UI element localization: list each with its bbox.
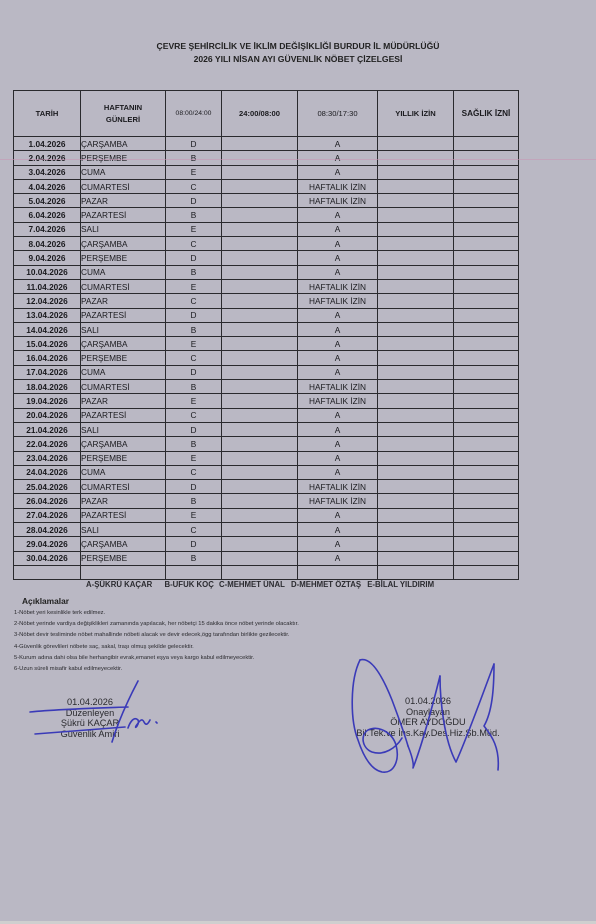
- shift-office-cell: A: [298, 308, 378, 322]
- annual-leave-cell: [378, 380, 454, 394]
- table-row: 7.04.2026SALIEA: [14, 222, 519, 236]
- shift-office-cell: A: [298, 208, 378, 222]
- shift-night-cell: [222, 380, 298, 394]
- note-item: 4-Güvenlik görevlileri nöbete saç, sakal…: [14, 642, 299, 653]
- note-item: 5-Kurum adına dahi olsa bile herhangibir…: [14, 653, 299, 664]
- shift-night-cell: [222, 179, 298, 193]
- sick-leave-cell: [454, 480, 519, 494]
- shift-office-cell: A: [298, 365, 378, 379]
- sick-leave-cell: [454, 208, 519, 222]
- legend-e: E-BİLAL YILDIRIM: [367, 580, 434, 589]
- shift-night-cell: [222, 537, 298, 551]
- weekday-cell: PAZARTESİ: [81, 308, 166, 322]
- shift-office-cell: A: [298, 351, 378, 365]
- table-row: 25.04.2026CUMARTESİDHAFTALIK İZİN: [14, 480, 519, 494]
- shift-day-cell: B: [166, 151, 222, 165]
- shift-night-cell: [222, 523, 298, 537]
- weekday-cell: PERŞEMBE: [81, 451, 166, 465]
- shift-night-cell: [222, 237, 298, 251]
- shift-office-cell: A: [298, 408, 378, 422]
- date-cell: 27.04.2026: [14, 508, 81, 522]
- sick-leave-cell: [454, 465, 519, 479]
- table-row: 23.04.2026PERŞEMBEEA: [14, 451, 519, 465]
- annual-leave-cell: [378, 408, 454, 422]
- sick-leave-cell: [454, 351, 519, 365]
- date-cell: 4.04.2026: [14, 179, 81, 193]
- approved-name: ÖMER AYDOĞDU: [348, 717, 508, 728]
- shift-day-cell: D: [166, 422, 222, 436]
- date-cell: 1.04.2026: [14, 137, 81, 151]
- table-row: 4.04.2026CUMARTESİCHAFTALIK İZİN: [14, 179, 519, 193]
- shift-day-cell: E: [166, 508, 222, 522]
- header-weekday: HAFTANIN GÜNLERİ: [81, 91, 166, 137]
- shift-night-cell: [222, 508, 298, 522]
- shift-day-cell: E: [166, 451, 222, 465]
- notes-list: 1-Nöbet yeri kesinlikle terk edilmez. 2-…: [14, 608, 299, 675]
- shift-day-cell: D: [166, 308, 222, 322]
- annual-leave-cell: [378, 351, 454, 365]
- sick-leave-cell: [454, 279, 519, 293]
- shift-office-cell: HAFTALIK İZİN: [298, 194, 378, 208]
- shift-office-cell: HAFTALIK İZİN: [298, 480, 378, 494]
- weekday-cell: CUMARTESİ: [81, 480, 166, 494]
- table-row: 11.04.2026CUMARTESİEHAFTALIK İZİN: [14, 279, 519, 293]
- sick-leave-cell: [454, 380, 519, 394]
- date-cell: 11.04.2026: [14, 279, 81, 293]
- table-row: 15.04.2026ÇARŞAMBAEA: [14, 337, 519, 351]
- shift-day-cell: C: [166, 179, 222, 193]
- shift-night-cell: [222, 165, 298, 179]
- sick-leave-cell: [454, 422, 519, 436]
- shift-day-cell: B: [166, 322, 222, 336]
- approved-date: 01.04.2026: [348, 696, 508, 707]
- annual-leave-cell: [378, 151, 454, 165]
- shift-office-cell: HAFTALIK İZİN: [298, 294, 378, 308]
- shift-day-cell: C: [166, 351, 222, 365]
- shift-day-cell: D: [166, 137, 222, 151]
- sick-leave-cell: [454, 165, 519, 179]
- annual-leave-cell: [378, 451, 454, 465]
- annual-leave-cell: [378, 165, 454, 179]
- shift-office-cell: A: [298, 265, 378, 279]
- date-cell: 6.04.2026: [14, 208, 81, 222]
- weekday-cell: ÇARŞAMBA: [81, 537, 166, 551]
- shift-office-cell: A: [298, 523, 378, 537]
- shift-night-cell: [222, 408, 298, 422]
- table-row: 14.04.2026SALIBA: [14, 322, 519, 336]
- table-row: 21.04.2026SALIDA: [14, 422, 519, 436]
- shift-day-cell: C: [166, 237, 222, 251]
- table-row: 29.04.2026ÇARŞAMBADA: [14, 537, 519, 551]
- table-row: 19.04.2026PAZAREHAFTALIK İZİN: [14, 394, 519, 408]
- table-row: 10.04.2026CUMABA: [14, 265, 519, 279]
- weekday-cell: SALI: [81, 523, 166, 537]
- table-row: 8.04.2026ÇARŞAMBACA: [14, 237, 519, 251]
- date-cell: 2.04.2026: [14, 151, 81, 165]
- shift-night-cell: [222, 337, 298, 351]
- sick-leave-cell: [454, 494, 519, 508]
- date-cell: [14, 565, 81, 579]
- sick-leave-cell: [454, 322, 519, 336]
- shift-day-cell: C: [166, 294, 222, 308]
- header-date: TARİH: [14, 91, 81, 137]
- sick-leave-cell: [454, 265, 519, 279]
- shift-night-cell: [222, 279, 298, 293]
- shift-night-cell: [222, 351, 298, 365]
- weekday-cell: SALI: [81, 222, 166, 236]
- sick-leave-cell: [454, 408, 519, 422]
- weekday-cell: CUMA: [81, 165, 166, 179]
- weekday-cell: ÇARŞAMBA: [81, 437, 166, 451]
- table-row: 12.04.2026PAZARCHAFTALIK İZİN: [14, 294, 519, 308]
- annual-leave-cell: [378, 194, 454, 208]
- annual-leave-cell: [378, 179, 454, 193]
- prepared-name: Şükrü KAÇAR: [40, 718, 140, 729]
- shift-night-cell: [222, 194, 298, 208]
- prepared-role: Düzenleyen: [40, 708, 140, 719]
- shift-night-cell: [222, 308, 298, 322]
- date-cell: 17.04.2026: [14, 365, 81, 379]
- annual-leave-cell: [378, 494, 454, 508]
- notes-title: Açıklamalar: [22, 596, 69, 606]
- shift-day-cell: E: [166, 394, 222, 408]
- sick-leave-cell: [454, 151, 519, 165]
- table-row: 28.04.2026SALICA: [14, 523, 519, 537]
- shift-office-cell: A: [298, 151, 378, 165]
- shift-day-cell: D: [166, 194, 222, 208]
- weekday-cell: PERŞEMBE: [81, 351, 166, 365]
- date-cell: 26.04.2026: [14, 494, 81, 508]
- sick-leave-cell: [454, 365, 519, 379]
- date-cell: 14.04.2026: [14, 322, 81, 336]
- shift-day-cell: C: [166, 523, 222, 537]
- date-cell: 9.04.2026: [14, 251, 81, 265]
- annual-leave-cell: [378, 565, 454, 579]
- annual-leave-cell: [378, 337, 454, 351]
- note-item: 3-Nöbet devir tesliminde nöbet mahallind…: [14, 630, 299, 641]
- annual-leave-cell: [378, 523, 454, 537]
- sick-leave-cell: [454, 508, 519, 522]
- shift-day-cell: [166, 565, 222, 579]
- shift-office-cell: A: [298, 422, 378, 436]
- weekday-cell: PAZAR: [81, 494, 166, 508]
- date-cell: 23.04.2026: [14, 451, 81, 465]
- sick-leave-cell: [454, 437, 519, 451]
- table-row: 27.04.2026PAZARTESİEA: [14, 508, 519, 522]
- annual-leave-cell: [378, 322, 454, 336]
- shift-office-cell: HAFTALIK İZİN: [298, 179, 378, 193]
- shift-day-cell: C: [166, 465, 222, 479]
- shift-night-cell: [222, 151, 298, 165]
- table-row: 3.04.2026CUMAEA: [14, 165, 519, 179]
- weekday-cell: PAZARTESİ: [81, 508, 166, 522]
- shift-day-cell: B: [166, 208, 222, 222]
- table-row: 5.04.2026PAZARDHAFTALIK İZİN: [14, 194, 519, 208]
- header-sick-leave: SAĞLIK İZNİ: [454, 91, 519, 137]
- sick-leave-cell: [454, 222, 519, 236]
- approved-title: Bil.Tek.ve İns.Kay.Des.Hiz.Şb.Müd.: [348, 728, 508, 739]
- shift-office-cell: A: [298, 137, 378, 151]
- weekday-cell: PERŞEMBE: [81, 551, 166, 565]
- date-cell: 25.04.2026: [14, 480, 81, 494]
- annual-leave-cell: [378, 394, 454, 408]
- shift-day-cell: D: [166, 365, 222, 379]
- sick-leave-cell: [454, 551, 519, 565]
- signature-block-prepared: 01.04.2026 Düzenleyen Şükrü KAÇAR Güvenl…: [40, 697, 140, 739]
- date-cell: 8.04.2026: [14, 237, 81, 251]
- shift-day-cell: B: [166, 380, 222, 394]
- shift-night-cell: [222, 494, 298, 508]
- shift-office-cell: A: [298, 537, 378, 551]
- shift-day-cell: E: [166, 279, 222, 293]
- annual-leave-cell: [378, 480, 454, 494]
- weekday-cell: CUMA: [81, 465, 166, 479]
- weekday-cell: PAZAR: [81, 394, 166, 408]
- annual-leave-cell: [378, 251, 454, 265]
- shift-night-cell: [222, 465, 298, 479]
- shift-office-cell: A: [298, 451, 378, 465]
- note-item: 2-Nöbet yerinde vardiya değişiklikleri z…: [14, 619, 299, 630]
- sick-leave-cell: [454, 308, 519, 322]
- weekday-cell: PAZARTESİ: [81, 408, 166, 422]
- annual-leave-cell: [378, 208, 454, 222]
- table-row: 9.04.2026PERŞEMBEDA: [14, 251, 519, 265]
- shift-day-cell: B: [166, 551, 222, 565]
- shift-day-cell: E: [166, 337, 222, 351]
- date-cell: 19.04.2026: [14, 394, 81, 408]
- sick-leave-cell: [454, 237, 519, 251]
- title-line-2: 2026 YILI NİSAN AYI GÜVENLİK NÖBET ÇİZEL…: [0, 53, 596, 66]
- shift-night-cell: [222, 565, 298, 579]
- shift-night-cell: [222, 251, 298, 265]
- table-row: 22.04.2026ÇARŞAMBABA: [14, 437, 519, 451]
- annual-leave-cell: [378, 437, 454, 451]
- note-item: 1-Nöbet yeri kesinlikle terk edilmez.: [14, 608, 299, 619]
- shift-night-cell: [222, 208, 298, 222]
- shift-office-cell: A: [298, 437, 378, 451]
- table-row: 1.04.2026ÇARŞAMBADA: [14, 137, 519, 151]
- shift-office-cell: A: [298, 465, 378, 479]
- sick-leave-cell: [454, 565, 519, 579]
- shift-office-cell: A: [298, 251, 378, 265]
- weekday-cell: PAZAR: [81, 194, 166, 208]
- header-shift-office: 08:30/17:30: [298, 91, 378, 137]
- weekday-cell: PERŞEMBE: [81, 151, 166, 165]
- date-cell: 29.04.2026: [14, 537, 81, 551]
- date-cell: 12.04.2026: [14, 294, 81, 308]
- header-shift-day: 08:00/24:00: [166, 91, 222, 137]
- annual-leave-cell: [378, 294, 454, 308]
- table-body: 1.04.2026ÇARŞAMBADA2.04.2026PERŞEMBEBA3.…: [14, 137, 519, 580]
- shift-night-cell: [222, 265, 298, 279]
- table-row: 20.04.2026PAZARTESİCA: [14, 408, 519, 422]
- shift-office-cell: HAFTALIK İZİN: [298, 394, 378, 408]
- duty-roster-table: TARİH HAFTANIN GÜNLERİ 08:00/24:00 24:00…: [13, 90, 519, 580]
- weekday-cell: SALI: [81, 422, 166, 436]
- shift-night-cell: [222, 222, 298, 236]
- shift-day-cell: C: [166, 408, 222, 422]
- shift-night-cell: [222, 437, 298, 451]
- date-cell: 21.04.2026: [14, 422, 81, 436]
- sick-leave-cell: [454, 537, 519, 551]
- annual-leave-cell: [378, 308, 454, 322]
- shift-office-cell: [298, 565, 378, 579]
- date-cell: 20.04.2026: [14, 408, 81, 422]
- date-cell: 15.04.2026: [14, 337, 81, 351]
- shift-day-cell: D: [166, 537, 222, 551]
- shift-office-cell: HAFTALIK İZİN: [298, 494, 378, 508]
- shift-office-cell: A: [298, 551, 378, 565]
- signature-block-approved: 01.04.2026 Onaylayan ÖMER AYDOĞDU Bil.Te…: [348, 696, 508, 738]
- annual-leave-cell: [378, 237, 454, 251]
- scan-artifact-line: [0, 159, 596, 160]
- annual-leave-cell: [378, 279, 454, 293]
- shift-office-cell: A: [298, 222, 378, 236]
- table-row: 16.04.2026PERŞEMBECA: [14, 351, 519, 365]
- shift-day-cell: B: [166, 265, 222, 279]
- weekday-cell: CUMARTESİ: [81, 179, 166, 193]
- weekday-cell: PERŞEMBE: [81, 251, 166, 265]
- date-cell: 24.04.2026: [14, 465, 81, 479]
- legend-a: A-ŞÜKRÜ KAÇAR: [86, 580, 152, 589]
- shift-night-cell: [222, 322, 298, 336]
- shift-night-cell: [222, 480, 298, 494]
- date-cell: 22.04.2026: [14, 437, 81, 451]
- date-cell: 18.04.2026: [14, 380, 81, 394]
- sick-leave-cell: [454, 337, 519, 351]
- weekday-cell: ÇARŞAMBA: [81, 137, 166, 151]
- date-cell: 28.04.2026: [14, 523, 81, 537]
- date-cell: 3.04.2026: [14, 165, 81, 179]
- date-cell: 16.04.2026: [14, 351, 81, 365]
- shift-night-cell: [222, 365, 298, 379]
- document-title: ÇEVRE ŞEHİRCİLİK VE İKLİM DEĞİŞİKLİĞİ BU…: [0, 40, 596, 66]
- header-shift-night: 24:00/08:00: [222, 91, 298, 137]
- date-cell: 5.04.2026: [14, 194, 81, 208]
- weekday-cell: CUMA: [81, 265, 166, 279]
- legend-b: B-UFUK KOÇ: [164, 580, 213, 589]
- table-row: 17.04.2026CUMADA: [14, 365, 519, 379]
- annual-leave-cell: [378, 537, 454, 551]
- annual-leave-cell: [378, 508, 454, 522]
- table-row: 26.04.2026PAZARBHAFTALIK İZİN: [14, 494, 519, 508]
- shift-office-cell: A: [298, 165, 378, 179]
- shift-office-cell: A: [298, 322, 378, 336]
- table-row: 2.04.2026PERŞEMBEBA: [14, 151, 519, 165]
- shift-day-cell: B: [166, 494, 222, 508]
- prepared-title: Güvenlik Amiri: [40, 729, 140, 740]
- note-item: 6-Uzun süreli misafir kabul edilmeyecekt…: [14, 664, 299, 675]
- shift-office-cell: A: [298, 237, 378, 251]
- table-row: 24.04.2026CUMACA: [14, 465, 519, 479]
- annual-leave-cell: [378, 465, 454, 479]
- weekday-cell: ÇARŞAMBA: [81, 237, 166, 251]
- sick-leave-cell: [454, 394, 519, 408]
- shift-office-cell: HAFTALIK İZİN: [298, 279, 378, 293]
- annual-leave-cell: [378, 365, 454, 379]
- date-cell: 13.04.2026: [14, 308, 81, 322]
- table-row: 30.04.2026PERŞEMBEBA: [14, 551, 519, 565]
- shift-day-cell: E: [166, 165, 222, 179]
- sick-leave-cell: [454, 251, 519, 265]
- table-row: [14, 565, 519, 579]
- shift-office-cell: A: [298, 508, 378, 522]
- shift-day-cell: D: [166, 251, 222, 265]
- weekday-cell: CUMARTESİ: [81, 380, 166, 394]
- prepared-date: 01.04.2026: [40, 697, 140, 708]
- shift-day-cell: B: [166, 437, 222, 451]
- shift-day-cell: D: [166, 480, 222, 494]
- weekday-cell: SALI: [81, 322, 166, 336]
- date-cell: 10.04.2026: [14, 265, 81, 279]
- shift-day-cell: E: [166, 222, 222, 236]
- date-cell: 7.04.2026: [14, 222, 81, 236]
- approved-role: Onaylayan: [348, 707, 508, 718]
- weekday-cell: ÇARŞAMBA: [81, 337, 166, 351]
- weekday-cell: CUMA: [81, 365, 166, 379]
- annual-leave-cell: [378, 137, 454, 151]
- weekday-cell: [81, 565, 166, 579]
- date-cell: 30.04.2026: [14, 551, 81, 565]
- annual-leave-cell: [378, 265, 454, 279]
- weekday-cell: PAZAR: [81, 294, 166, 308]
- legend-d: D-MEHMET ÖZTAŞ: [291, 580, 361, 589]
- shift-night-cell: [222, 294, 298, 308]
- annual-leave-cell: [378, 222, 454, 236]
- sick-leave-cell: [454, 523, 519, 537]
- sick-leave-cell: [454, 294, 519, 308]
- shift-office-cell: HAFTALIK İZİN: [298, 380, 378, 394]
- weekday-cell: PAZARTESİ: [81, 208, 166, 222]
- table-row: 13.04.2026PAZARTESİDA: [14, 308, 519, 322]
- table-row: 18.04.2026CUMARTESİBHAFTALIK İZİN: [14, 380, 519, 394]
- shift-night-cell: [222, 137, 298, 151]
- staff-legend: A-ŞÜKRÜ KAÇAR B-UFUK KOÇ C-MEHMET ÜNAL D…: [86, 580, 440, 589]
- sick-leave-cell: [454, 194, 519, 208]
- sick-leave-cell: [454, 179, 519, 193]
- shift-night-cell: [222, 422, 298, 436]
- header-annual-leave: YILLIK İZİN: [378, 91, 454, 137]
- title-line-1: ÇEVRE ŞEHİRCİLİK VE İKLİM DEĞİŞİKLİĞİ BU…: [0, 40, 596, 53]
- legend-c: C-MEHMET ÜNAL: [219, 580, 285, 589]
- shift-night-cell: [222, 394, 298, 408]
- shift-office-cell: A: [298, 337, 378, 351]
- table-row: 6.04.2026PAZARTESİBA: [14, 208, 519, 222]
- sick-leave-cell: [454, 137, 519, 151]
- sick-leave-cell: [454, 451, 519, 465]
- shift-night-cell: [222, 451, 298, 465]
- annual-leave-cell: [378, 551, 454, 565]
- table-header-row: TARİH HAFTANIN GÜNLERİ 08:00/24:00 24:00…: [14, 91, 519, 137]
- annual-leave-cell: [378, 422, 454, 436]
- weekday-cell: CUMARTESİ: [81, 279, 166, 293]
- shift-night-cell: [222, 551, 298, 565]
